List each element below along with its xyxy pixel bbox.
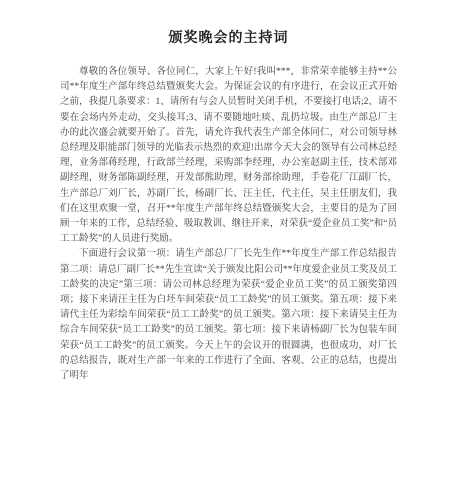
document-title: 颁奖晚会的主持词 xyxy=(60,27,397,47)
paragraph-agenda-items: 下面进行会议第一项：请生产部总厂厂长先生作**年度生产部工作总结报告第二项：请总… xyxy=(60,247,397,384)
paragraph-opening-remarks: 尊敬的各位领导、各位同仁，大家上午好!我叫***，非常荣幸能够主持**公司**年… xyxy=(60,65,397,247)
document-body: 颁奖晚会的主持词 尊敬的各位领导、各位同仁，大家上午好!我叫***，非常荣幸能够… xyxy=(0,0,456,384)
document-page: 颁奖晚会的主持词 尊敬的各位领导、各位同仁，大家上午好!我叫***，非常荣幸能够… xyxy=(0,0,456,500)
